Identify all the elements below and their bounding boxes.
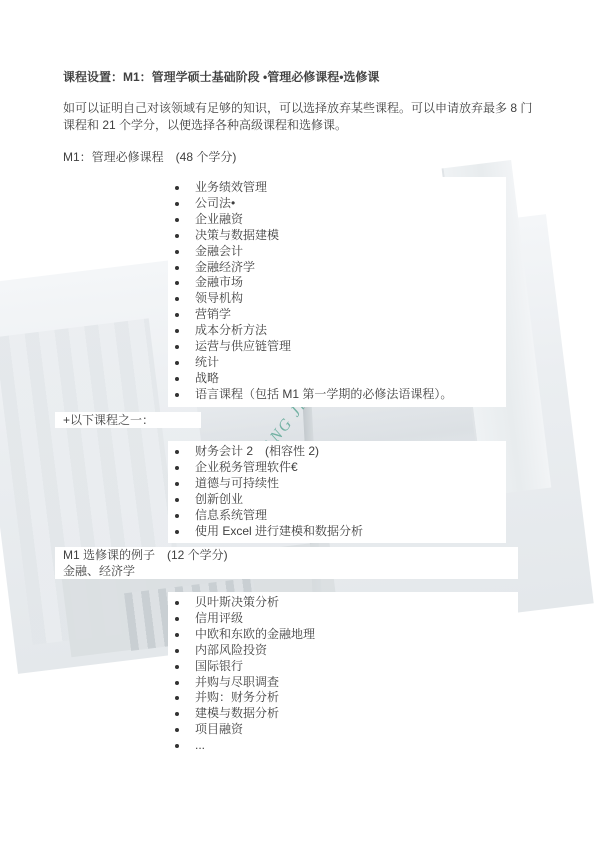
bullet-icon — [175, 665, 179, 669]
course-label: 使用 Excel 进行建模和数据分析 — [195, 524, 363, 538]
course-list-item: 建模与数据分析 — [168, 706, 518, 722]
course-list-item: 业务绩效管理 — [168, 180, 506, 196]
course-list-item: 信息系统管理 — [168, 508, 506, 524]
bullet-icon — [175, 345, 179, 349]
course-list-item: 统计 — [168, 355, 506, 371]
course-label: 金融市场 — [195, 275, 243, 289]
course-label: 中欧和东欧的金融地理 — [195, 627, 315, 641]
bullet-icon — [175, 234, 179, 238]
course-list-item: 创新创业 — [168, 492, 506, 508]
intro-paragraph: 如可以证明自己对该领域有足够的知识，可以选择放弃某些课程。可以申请放弃最多 8 … — [63, 100, 541, 134]
course-list-item: 项目融资 — [168, 722, 518, 738]
course-list-item: 财务会计 2 (相容性 2) — [168, 444, 506, 460]
one-of-courses-list: 财务会计 2 (相容性 2) 企业税务管理软件€ 道德与可持续性 创新创业 信息… — [168, 441, 506, 543]
bullet-icon — [175, 250, 179, 254]
course-list-item: 金融市场 — [168, 275, 506, 291]
bullet-icon — [175, 329, 179, 333]
course-label: 运营与供应链管理 — [195, 339, 291, 353]
course-label: 统计 — [195, 355, 219, 369]
bullet-icon — [175, 281, 179, 285]
course-list-item: 贝叶斯决策分析 — [168, 595, 518, 611]
course-list-item: 运营与供应链管理 — [168, 339, 506, 355]
course-label: 营销学 — [195, 307, 231, 321]
bullet-icon — [175, 186, 179, 190]
section3-heading: M1 选修课的例子 (12 个学分) 金融、经济学 — [55, 547, 518, 579]
course-label: 公司法• — [195, 196, 235, 210]
course-label: 企业税务管理软件€ — [195, 460, 298, 474]
electives-list: 贝叶斯决策分析 信用评级 中欧和东欧的金融地理 内部风险投资 国际银行 并购与尽… — [168, 592, 518, 758]
bullet-icon — [175, 361, 179, 365]
course-list-item: 中欧和东欧的金融地理 — [168, 627, 518, 643]
course-label: 决策与数据建模 — [195, 228, 279, 242]
course-list-item: 信用评级 — [168, 611, 518, 627]
course-label: 信用评级 — [195, 611, 243, 625]
electives-heading: M1 选修课的例子 (12 个学分) — [63, 548, 228, 562]
bullet-icon — [175, 617, 179, 621]
course-label: 建模与数据分析 — [195, 706, 279, 720]
course-list-item: 决策与数据建模 — [168, 228, 506, 244]
course-list-item: 使用 Excel 进行建模和数据分析 — [168, 524, 506, 540]
bullet-icon — [175, 313, 179, 317]
course-list-item: 战略 — [168, 371, 506, 387]
required-courses-list: 业务绩效管理 公司法• 企业融资 决策与数据建模 金融会计 金融经济学 金融 — [168, 177, 506, 407]
course-label: 并购：财务分析 — [195, 690, 279, 704]
course-list-item: 金融经济学 — [168, 260, 506, 276]
course-label: 金融会计 — [195, 244, 243, 258]
course-list-item: 领导机构 — [168, 291, 506, 307]
course-label: 国际银行 — [195, 659, 243, 673]
bullet-icon — [175, 466, 179, 470]
course-label: 企业融资 — [195, 212, 243, 226]
section2-heading: +以下课程之一： — [55, 412, 201, 428]
bullet-icon — [175, 681, 179, 685]
electives-subheading: 金融、经济学 — [63, 563, 518, 579]
bullet-icon — [175, 601, 179, 605]
bullet-icon — [175, 649, 179, 653]
bullet-icon — [175, 377, 179, 381]
document-page: WANG Jing 课程设置：M1：管理学硕士基础阶段 •管理必修课程•选修课 … — [0, 0, 596, 842]
course-label: 财务会计 2 (相容性 2) — [195, 444, 319, 458]
course-list-item: 内部风险投资 — [168, 643, 518, 659]
course-label: 信息系统管理 — [195, 508, 267, 522]
course-label: 战略 — [195, 371, 219, 385]
course-list-item: 并购与尽职调查 — [168, 675, 518, 691]
bullet-icon — [175, 633, 179, 637]
course-label: 成本分析方法 — [195, 323, 267, 337]
course-label: 领导机构 — [195, 291, 243, 305]
bullet-icon — [175, 297, 179, 301]
course-label: 金融经济学 — [195, 260, 255, 274]
course-label: 语言课程（包括 M1 第一学期的必修法语课程）。 — [195, 387, 452, 401]
course-label: 项目融资 — [195, 722, 243, 736]
bullet-icon — [175, 514, 179, 518]
bullet-icon — [175, 498, 179, 502]
course-label: 创新创业 — [195, 492, 243, 506]
course-label: 内部风险投资 — [195, 643, 267, 657]
bullet-icon — [175, 744, 179, 748]
bullet-icon — [175, 696, 179, 700]
course-list-item: 语言课程（包括 M1 第一学期的必修法语课程）。 — [168, 387, 506, 403]
course-label: ... — [195, 738, 205, 752]
course-list-item: 国际银行 — [168, 659, 518, 675]
bullet-icon — [175, 728, 179, 732]
course-list-item: 并购：财务分析 — [168, 690, 518, 706]
bullet-icon — [175, 450, 179, 454]
bullet-icon — [175, 712, 179, 716]
bullet-icon — [175, 482, 179, 486]
course-label: 业务绩效管理 — [195, 180, 267, 194]
bullet-icon — [175, 202, 179, 206]
bullet-icon — [175, 530, 179, 534]
page-title: 课程设置：M1：管理学硕士基础阶段 •管理必修课程•选修课 — [63, 69, 533, 85]
bullet-icon — [175, 218, 179, 222]
course-list-item: 公司法• — [168, 196, 506, 212]
course-list-item: 企业融资 — [168, 212, 506, 228]
course-list-item: 营销学 — [168, 307, 506, 323]
course-list-item: ... — [168, 738, 518, 754]
course-label: 并购与尽职调查 — [195, 675, 279, 689]
course-list-item: 企业税务管理软件€ — [168, 460, 506, 476]
course-label: 道德与可持续性 — [195, 476, 279, 490]
section1-heading: M1：管理必修课程 (48 个学分) — [63, 149, 323, 165]
course-list-item: 金融会计 — [168, 244, 506, 260]
course-list-item: 道德与可持续性 — [168, 476, 506, 492]
course-label: 贝叶斯决策分析 — [195, 595, 279, 609]
course-list-item: 成本分析方法 — [168, 323, 506, 339]
bullet-icon — [175, 393, 179, 397]
bullet-icon — [175, 266, 179, 270]
